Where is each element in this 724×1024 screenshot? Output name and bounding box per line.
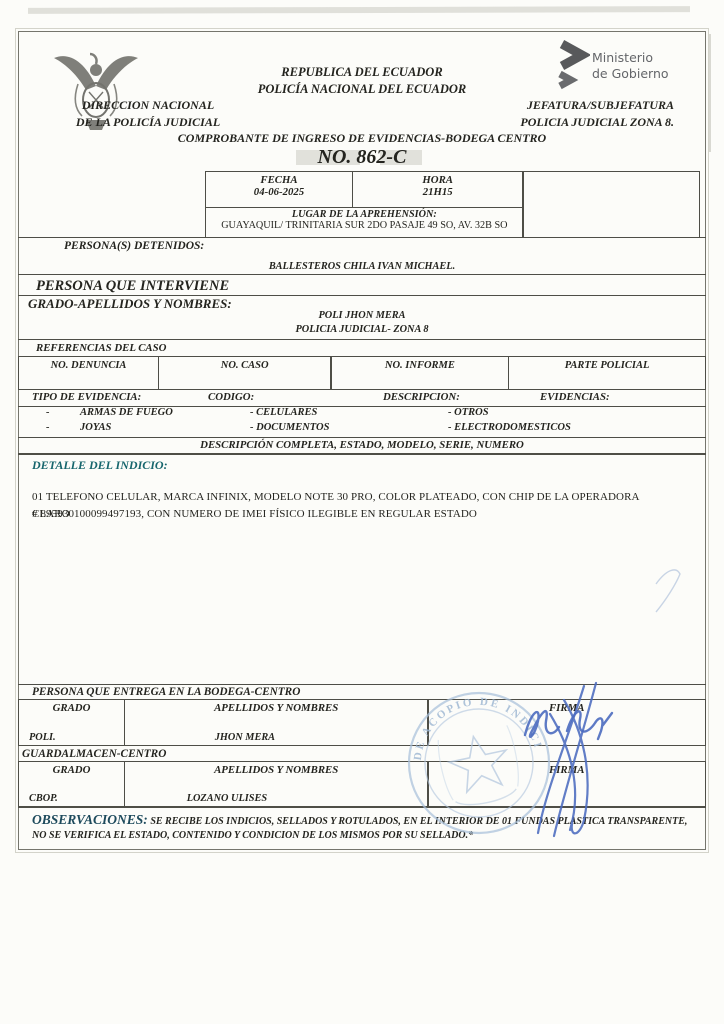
case-refs-header: PARTE POLICIAL xyxy=(509,357,705,371)
delivery-nombres-cell: APELLIDOS Y NOMBRES JHON MERA xyxy=(124,699,429,746)
header-center: REPUBLICA DEL ECUADOR POLICÍA NACIONAL D… xyxy=(138,64,586,98)
delivery-grado-cell: GRADO POLI. xyxy=(18,699,125,746)
national-police-title: POLICÍA NACIONAL DEL ECUADOR xyxy=(138,81,586,98)
detainees-label: PERSONA(S) DETENIDOS: xyxy=(64,240,204,252)
evidence-item: - OTROS xyxy=(448,407,489,418)
scanned-evidence-form-page: REPUBLICA DEL ECUADOR POLICÍA NACIONAL D… xyxy=(0,0,724,1024)
delivery-header-grado: GRADO xyxy=(19,700,124,714)
ministry-line1: Ministerio xyxy=(592,50,702,66)
jefatura-block: JEFATURA/SUBJEFATURA POLICIA JUDICIAL ZO… xyxy=(444,97,674,131)
warehouse-grado-cell: GRADO CBOP. xyxy=(18,761,125,807)
ministry-logo-icon xyxy=(556,40,590,92)
evidence-label-evidencias: EVIDENCIAS: xyxy=(540,391,610,403)
warehouse-nombres-cell: APELLIDOS Y NOMBRES LOZANO ULISES xyxy=(124,761,429,807)
signature-warehouse xyxy=(520,678,640,843)
hora-label: HORA xyxy=(353,172,523,186)
hora-cell: HORA 21H15 xyxy=(352,171,524,208)
detail-line2: # 895930100099497193, CON NUMERO DE IMEI… xyxy=(32,506,692,524)
pen-mark xyxy=(642,558,702,618)
fecha-label: FECHA xyxy=(206,172,352,186)
warehouse-header-nombres: APELLIDOS Y NOMBRES xyxy=(125,762,428,776)
case-refs-header: NO. INFORME xyxy=(331,357,508,371)
delivery-header-nombres: APELLIDOS Y NOMBRES xyxy=(125,700,428,714)
evidence-label-tipo: TIPO DE EVIDENCIA: xyxy=(32,391,141,403)
description-banner-text: DESCRIPCIÓN COMPLETA, ESTADO, MODELO, SE… xyxy=(18,438,706,451)
scan-artifact-line xyxy=(709,34,711,152)
intervener-line2: POLICIA JUDICIAL- ZONA 8 xyxy=(18,324,706,335)
empty-right-cell xyxy=(522,171,700,238)
evidence-item: JOYAS xyxy=(80,422,111,433)
case-refs-title: REFERENCIAS DEL CASO xyxy=(36,342,166,354)
evidence-label-codigo: CODIGO: xyxy=(208,391,254,403)
directorate-line1: DIRECCION NACIONAL xyxy=(48,97,248,114)
warehouse-header-grado: GRADO xyxy=(19,762,124,776)
evidence-checklist: - ARMAS DE FUEGO - CELULARES - OTROS - J… xyxy=(18,406,706,437)
case-refs-header: NO. CASO xyxy=(159,357,331,371)
hora-value: 21H15 xyxy=(353,186,523,198)
delivery-nombres-value: JHON MERA xyxy=(215,732,275,743)
case-refs-cell-denuncia: NO. DENUNCIA xyxy=(18,356,159,390)
republic-title: REPUBLICA DEL ECUADOR xyxy=(138,64,586,81)
intervener-line1: POLI JHON MERA xyxy=(18,310,706,321)
form-title: COMPROBANTE DE INGRESO DE EVIDENCIAS-BOD… xyxy=(62,131,662,146)
fecha-cell: FECHA 04-06-2025 xyxy=(205,171,353,208)
evidence-item: ARMAS DE FUEGO xyxy=(80,407,173,418)
lugar-cell: LUGAR DE LA APREHENSIÓN: GUAYAQUIL/ TRIN… xyxy=(205,207,524,238)
scan-artifact-band xyxy=(28,6,690,14)
case-refs-cell-caso: NO. CASO xyxy=(158,356,332,390)
jefatura-line2: POLICIA JUDICIAL ZONA 8. xyxy=(444,114,674,131)
evidence-labels-row: TIPO DE EVIDENCIA: CODIGO: DESCRIPCION: … xyxy=(18,389,706,407)
evidence-item: - CELULARES xyxy=(250,407,317,418)
directorate-line2: DE LA POLICÍA JUDICIAL xyxy=(48,114,248,131)
fecha-value: 04-06-2025 xyxy=(206,186,352,198)
directorate-block: DIRECCION NACIONAL DE LA POLICÍA JUDICIA… xyxy=(48,97,248,131)
warehouse-title: GUARDALMACEN-CENTRO xyxy=(22,748,166,760)
jefatura-line1: JEFATURA/SUBJEFATURA xyxy=(444,97,674,114)
warehouse-nombres-value: LOZANO ULISES xyxy=(187,793,267,804)
lugar-value: GUAYAQUIL/ TRINITARIA SUR 2DO PASAJE 49 … xyxy=(206,220,523,231)
ministry-line2: de Gobierno xyxy=(592,66,702,82)
case-refs-cell-parte: PARTE POLICIAL xyxy=(508,356,706,390)
evidence-item: - DOCUMENTOS xyxy=(250,422,329,433)
delivery-grado-value: POLI. xyxy=(29,732,56,743)
observations-label: OBSERVACIONES: xyxy=(32,812,148,827)
evidence-label-descripcion: DESCRIPCION: xyxy=(383,391,460,403)
case-refs-header: NO. DENUNCIA xyxy=(19,357,158,371)
evidence-item: - ELECTRODOMESTICOS xyxy=(448,422,571,433)
intervener-box: GRADO-APELLIDOS Y NOMBRES: POLI JHON MER… xyxy=(18,295,706,340)
detail-label: DETALLE DEL INDICIO: xyxy=(32,458,168,473)
detail-box: DETALLE DEL INDICIO: 01 TELEFONO CELULAR… xyxy=(18,454,706,684)
case-refs-cell-informe: NO. INFORME xyxy=(330,356,509,390)
ministry-wordmark: Ministerio de Gobierno xyxy=(592,50,702,81)
warehouse-grado-value: CBOP. xyxy=(29,793,58,804)
detainees-value: BALLESTEROS CHILA IVAN MICHAEL. xyxy=(18,261,706,272)
description-banner: DESCRIPCIÓN COMPLETA, ESTADO, MODELO, SE… xyxy=(18,437,706,454)
evidence-dash: - xyxy=(46,407,50,418)
detainees-box: PERSONA(S) DETENIDOS: BALLESTEROS CHILA … xyxy=(18,237,706,275)
intervener-section-title: PERSONA QUE INTERVIENE xyxy=(36,278,229,295)
evidence-dash: - xyxy=(46,422,50,433)
lugar-label: LUGAR DE LA APREHENSIÓN: xyxy=(206,208,523,220)
form-number: NO. 862-C xyxy=(62,146,662,169)
